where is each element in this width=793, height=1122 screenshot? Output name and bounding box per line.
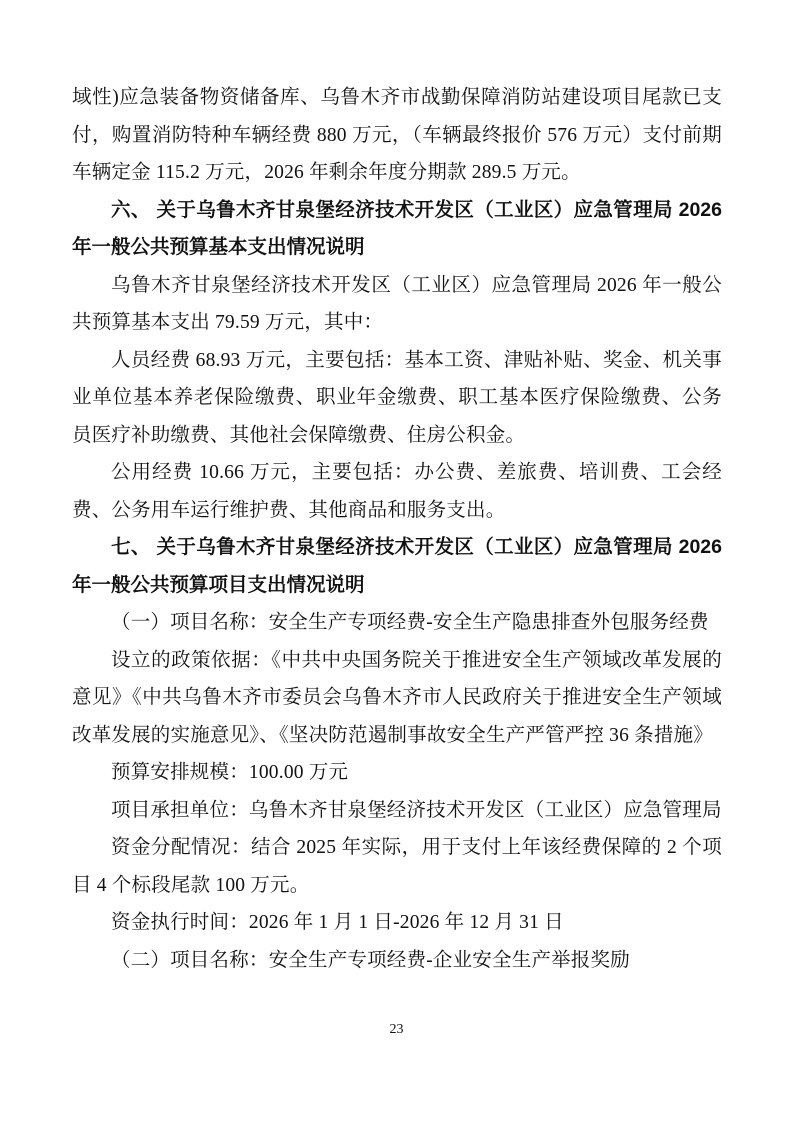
public-expense-paragraph: 公用经费 10.66 万元，主要包括：办公费、差旅费、培训费、工会经费、公务用车… bbox=[72, 454, 722, 529]
project-1-undertaking-unit-paragraph: 项目承担单位：乌鲁木齐甘泉堡经济技术开发区（工业区）应急管理局 bbox=[72, 792, 722, 830]
document-content: 域性)应急装备物资储备库、乌鲁木齐市战勤保障消防站建设项目尾款已支付，购置消防特… bbox=[72, 79, 722, 979]
document-page: 域性)应急装备物资储备库、乌鲁木齐市战勤保障消防站建设项目尾款已支付，购置消防特… bbox=[0, 0, 793, 1122]
page-footer: 23 bbox=[0, 1021, 793, 1039]
project-1-budget-scale-paragraph: 预算安排规模：100.00 万元 bbox=[72, 754, 722, 792]
section-7-heading: 七、 关于乌鲁木齐甘泉堡经济技术开发区（工业区）应急管理局 2026 年一般公共… bbox=[72, 529, 722, 604]
section-6-heading: 六、 关于乌鲁木齐甘泉堡经济技术开发区（工业区）应急管理局 2026 年一般公共… bbox=[72, 192, 722, 267]
project-1-name-paragraph: （一）项目名称：安全生产专项经费-安全生产隐患排查外包服务经费 bbox=[72, 604, 722, 642]
project-1-fund-allocation-paragraph: 资金分配情况：结合 2025 年实际，用于支付上年该经费保障的 2 个项目 4 … bbox=[72, 829, 722, 904]
project-1-execution-period-paragraph: 资金执行时间：2026 年 1 月 1 日-2026 年 12 月 31 日 bbox=[72, 904, 722, 942]
section-6-intro-paragraph: 乌鲁木齐甘泉堡经济技术开发区（工业区）应急管理局 2026 年一般公共预算基本支… bbox=[72, 267, 722, 342]
page-number: 23 bbox=[390, 1022, 404, 1037]
project-1-policy-basis-paragraph: 设立的政策依据：《中共中央国务院关于推进安全生产领域改革发展的意见》《中共乌鲁木… bbox=[72, 642, 722, 755]
personnel-expense-paragraph: 人员经费 68.93 万元，主要包括：基本工资、津贴补贴、奖金、机关事业单位基本… bbox=[72, 342, 722, 455]
paragraph-continuation: 域性)应急装备物资储备库、乌鲁木齐市战勤保障消防站建设项目尾款已支付，购置消防特… bbox=[72, 79, 722, 192]
project-2-name-paragraph: （二）项目名称：安全生产专项经费-企业安全生产举报奖励 bbox=[72, 942, 722, 980]
